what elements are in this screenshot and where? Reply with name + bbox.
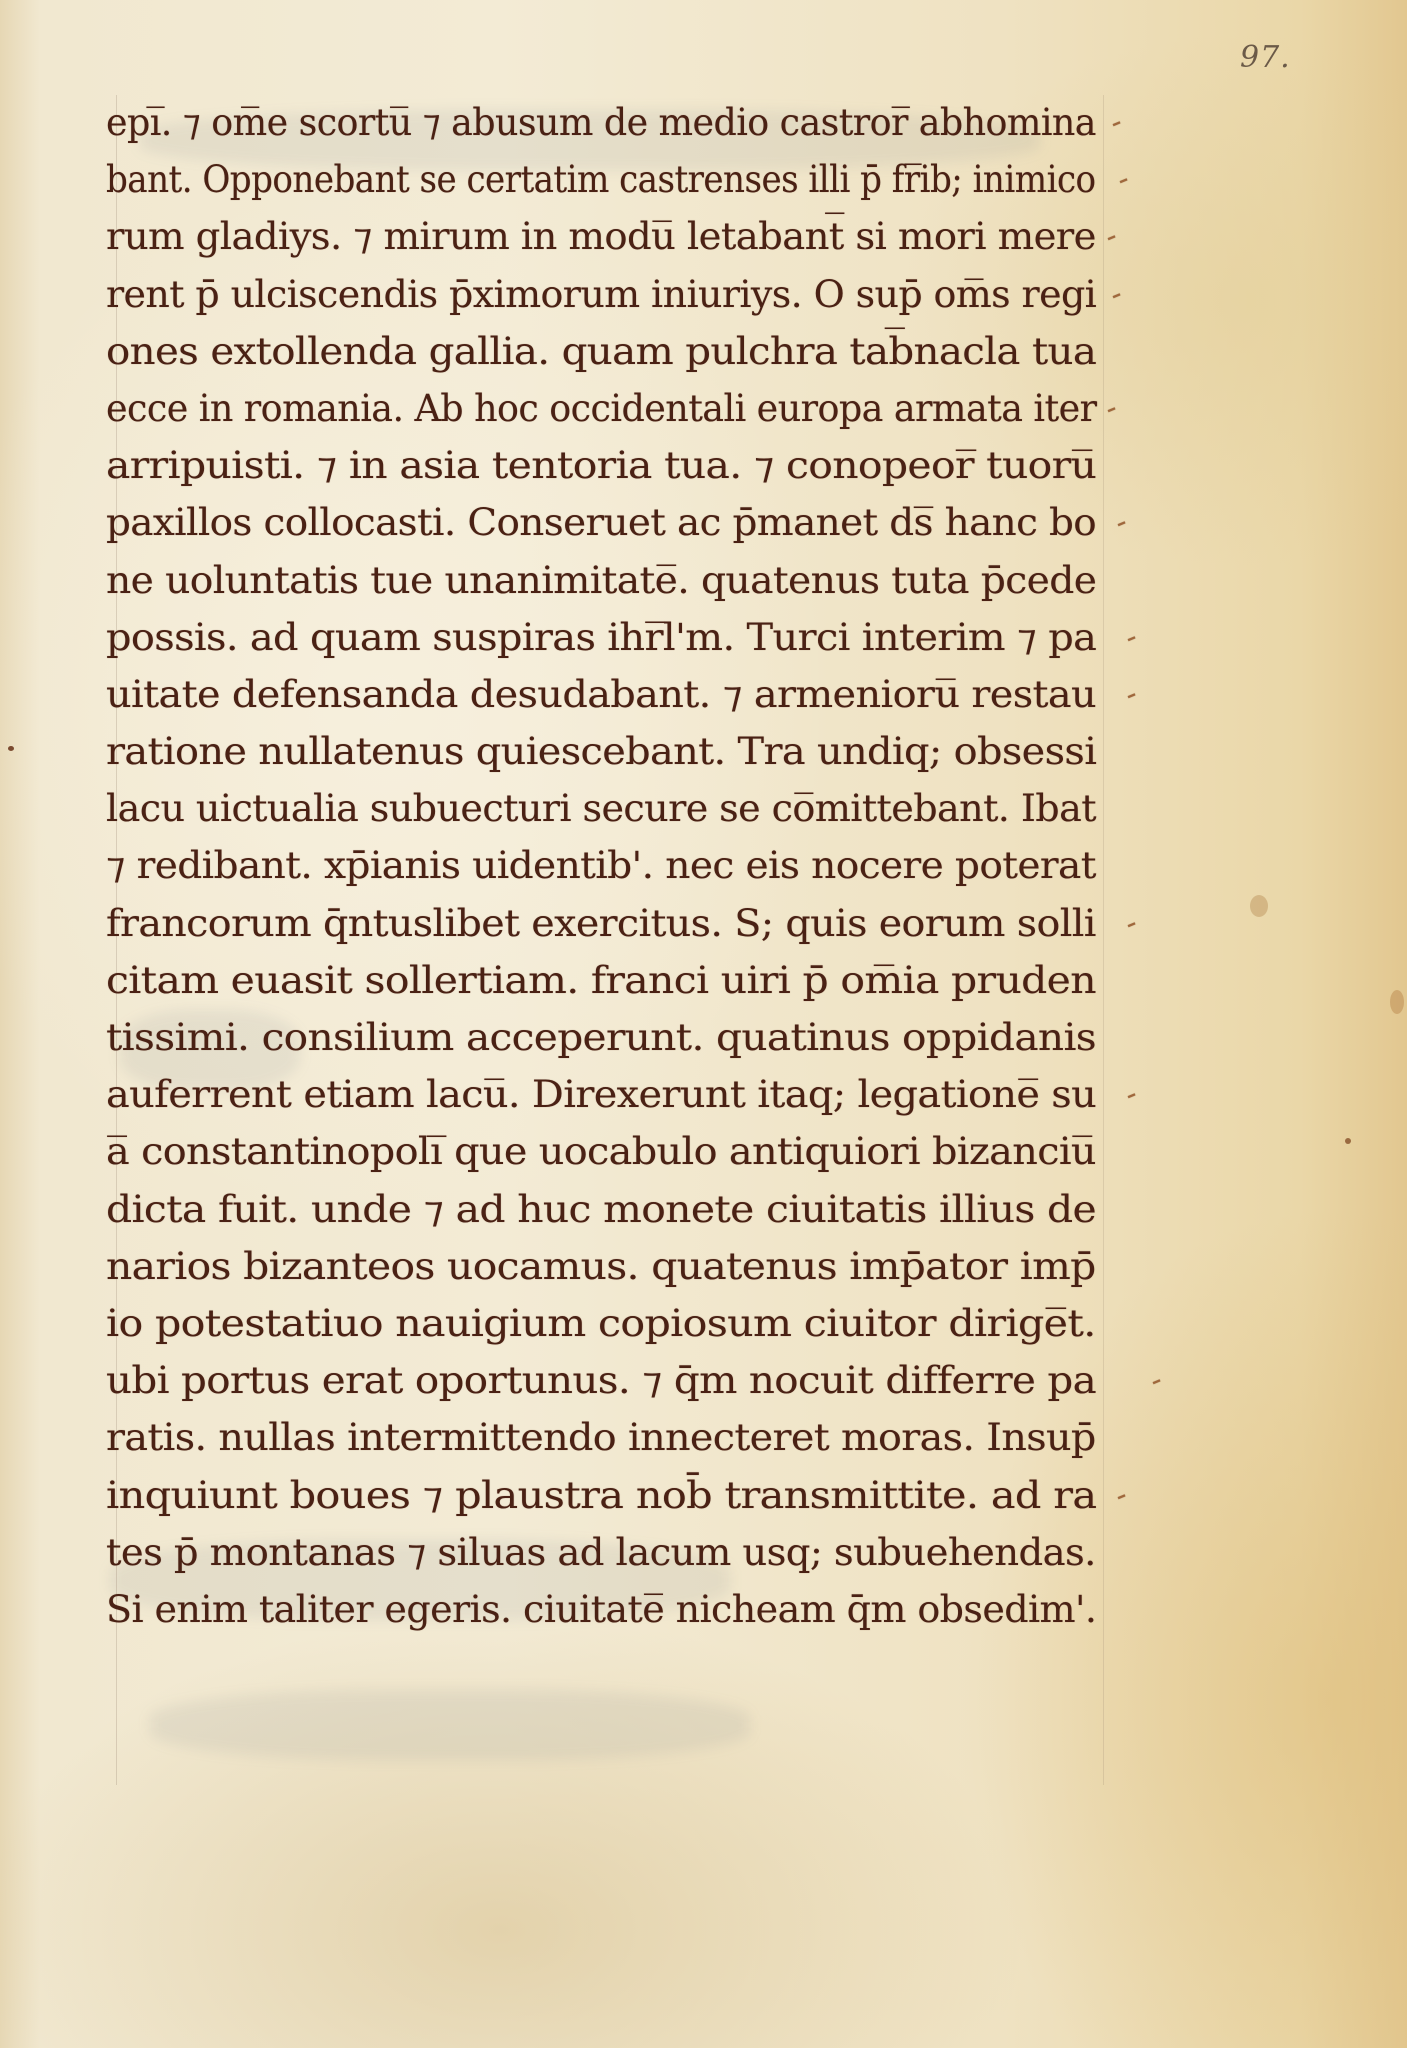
text-line: ratione nullatenus quiescebant. Tra undi… [106, 723, 1116, 780]
line-end-hyphen-mark: - [1108, 151, 1138, 208]
text-line: arripuisti. ⁊ in asia tentoria tua. ⁊ co… [106, 437, 1116, 494]
text-line: francorum q̄ntuslibet exercitus. S; quis… [106, 895, 1116, 952]
text-line: bant. Opponebant se certatim castrenses … [106, 151, 1116, 208]
text-line: ecce in romania. Ab hoc occidentali euro… [106, 380, 1116, 437]
text-line: a̅ constantinopoli̅ que uocabulo antiqui… [106, 1123, 1116, 1180]
ink-speck [8, 746, 14, 751]
line-end-hyphen-mark: - [1101, 94, 1131, 151]
text-block: epi̅. ⁊ om̅e scortu̅ ⁊ abusum de medio c… [106, 94, 1116, 1638]
line-end-hyphen-mark: - [1116, 609, 1146, 666]
text-line: ⁊ redibant. xp̄ianis uidentib'. nec eis … [106, 837, 1116, 894]
text-line: rent p̄ ulciscendis p̄ximorum iniuriys. … [106, 266, 1116, 323]
parchment-stain [1390, 990, 1404, 1014]
text-line: inquiunt boues ⁊ plaustra nob̄ transmitt… [106, 1467, 1116, 1524]
text-line: tes p̄ montanas ⁊ siluas ad lacum usq; s… [106, 1524, 1116, 1581]
text-line: rum gladiys. ⁊ mirum in modu̅ letabant̅ … [106, 208, 1116, 265]
text-line: epi̅. ⁊ om̅e scortu̅ ⁊ abusum de medio c… [106, 94, 1116, 151]
line-end-hyphen-mark: - [1116, 895, 1146, 952]
text-line: ratis. nullas intermittendo innecteret m… [106, 1409, 1116, 1466]
text-line: ones extollenda gallia. quam pulchra tab… [106, 323, 1116, 380]
text-line: narios bizanteos uocamus. quatenus imp̄a… [106, 1238, 1116, 1295]
ink-speck [1345, 1138, 1351, 1144]
parchment-stain [1250, 895, 1268, 917]
text-line: tissimi. consilium acceperunt. quatinus … [106, 1009, 1116, 1066]
text-line: uitate defensanda desudabant. ⁊ armenior… [106, 666, 1116, 723]
text-line: dicta fuit. unde ⁊ ad huc monete ciuitat… [106, 1181, 1116, 1238]
ink-show-through [150, 1690, 750, 1760]
text-line: ne uoluntatis tue unanimitate̅. quatenus… [106, 552, 1116, 609]
text-line: paxillos collocasti. Conseruet ac p̄mane… [106, 494, 1116, 551]
line-end-hyphen-mark: - [1116, 1066, 1146, 1123]
text-line: ubi portus erat oportunus. ⁊ q̄m nocuit … [106, 1352, 1116, 1409]
line-end-hyphen-mark: - [1101, 266, 1131, 323]
text-line: lacu uictualia subuecturi secure se co̅m… [106, 780, 1116, 837]
text-line: auferrent etiam lacu̅. Direxerunt itaq; … [106, 1066, 1116, 1123]
folio-number: 97. [1240, 40, 1291, 75]
text-line: citam euasit sollertiam. franci uiri p̄ … [106, 952, 1116, 1009]
line-end-hyphen-mark: - [1106, 1467, 1136, 1524]
line-end-hyphen-mark: - [1116, 666, 1146, 723]
text-line: Si enim taliter egeris. ciuitate̅ nichea… [106, 1581, 1116, 1638]
manuscript-page: 97. epi̅. ⁊ om̅e scortu̅ ⁊ abusum de med… [0, 0, 1407, 2048]
text-line: possis. ad quam suspiras ihr̅l'm. Turci … [106, 609, 1116, 666]
text-line: io potestatiuo nauigium copiosum ciuitor… [106, 1295, 1116, 1352]
line-end-hyphen-mark: - [1106, 495, 1136, 552]
line-end-hyphen-mark: - [1096, 380, 1126, 437]
line-end-hyphen-mark: - [1096, 209, 1126, 266]
line-end-hyphen-mark: - [1141, 1352, 1171, 1409]
